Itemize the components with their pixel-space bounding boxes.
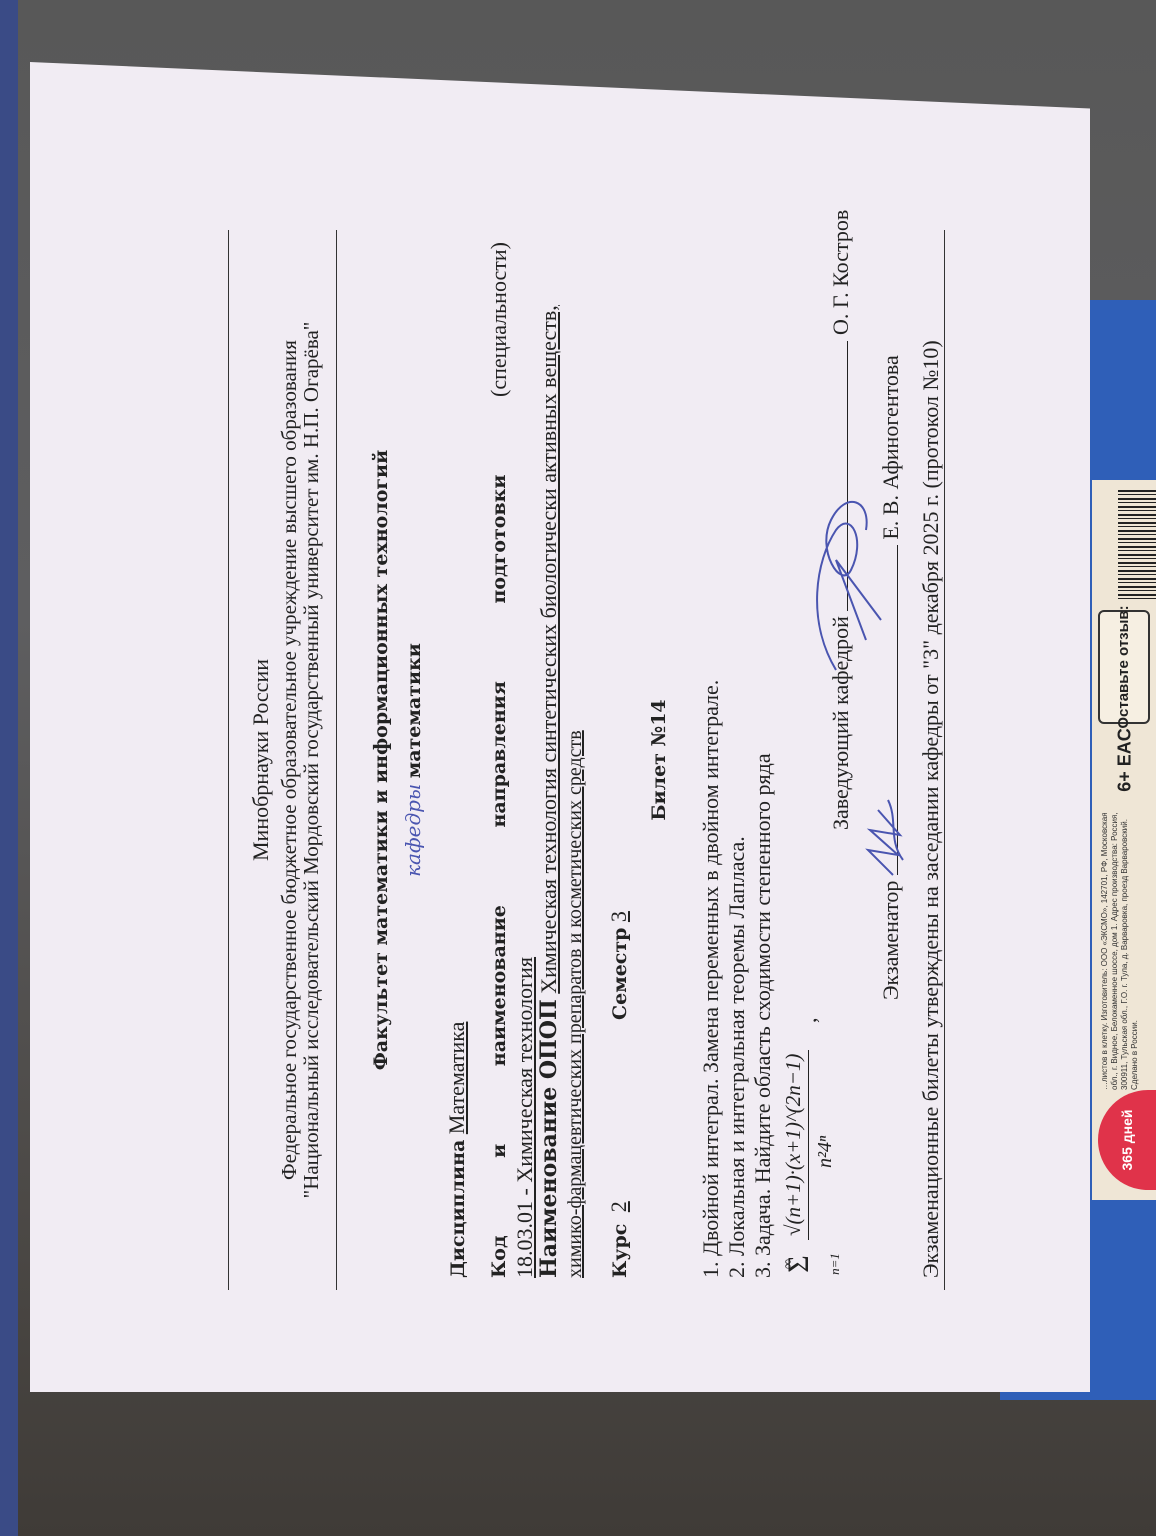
department-handwritten: кафедры <box>401 784 425 877</box>
opop-label: Наименование ОПОП <box>536 999 562 1278</box>
institution-line-2: "Национальный исследовательский Мордовск… <box>298 230 324 1290</box>
discipline-value: Математика <box>444 1022 469 1135</box>
course-row: Курс 2 <box>606 1195 633 1278</box>
examiner-signature-icon <box>858 790 908 880</box>
footer-approval: Экзаменационные билеты утверждены на зас… <box>918 340 944 1278</box>
department: кафедры математики <box>400 230 427 1290</box>
imprint-text: …листов в клетку. Изготовитель: ООО «ЭКС… <box>1100 800 1140 1090</box>
barcode-icon <box>1118 490 1156 600</box>
label-word: и <box>486 1144 512 1158</box>
series-trailing: , <box>796 1018 822 1024</box>
series-numerator: √(n+1)·(x+1)^(2n−1) <box>780 1050 809 1240</box>
label-word: наименование <box>486 905 512 1066</box>
badge-text: 365 дней <box>1119 1110 1135 1171</box>
ministry: Минобрнауки России <box>248 230 274 1290</box>
label-word: подготовки <box>486 475 512 604</box>
faculty: Факультет математики и информационных те… <box>368 230 394 1290</box>
question-2: 2. Локальная и интегральная теоремы Лапл… <box>724 836 750 1278</box>
sum-lower: n=1 <box>822 1250 848 1278</box>
question-3: 3. Задача. Найдите область сходимости ст… <box>750 753 776 1278</box>
examiner-label: Экзаменатор <box>878 881 903 1000</box>
course-value: 2 <box>606 1195 631 1218</box>
age-rating-text: 6+ EAC <box>1115 728 1136 792</box>
program-code-value: 18.03.01 - Химическая технология <box>512 957 538 1278</box>
header-divider <box>336 230 337 1290</box>
semester-row: Семестр 3 <box>606 911 633 1020</box>
label-word: Код <box>486 1235 512 1278</box>
review-text: Оставьте отзыв: <box>1116 605 1132 728</box>
question-1: 1. Двойной интеграл. Замена переменных в… <box>698 680 724 1278</box>
label-word: направления <box>486 681 512 827</box>
age-rating: 6+ EAC <box>1105 730 1145 790</box>
discipline-row: Дисциплина Математика <box>444 1022 471 1278</box>
left-edge-object <box>0 0 18 1536</box>
series-denominator: n²4ⁿ <box>812 1136 838 1168</box>
opop-row: Наименование ОПОП Химическая технология … <box>536 305 562 1278</box>
head-signature-icon <box>796 460 886 680</box>
program-code-label: Код и наименование направления подготовк… <box>486 242 512 1278</box>
semester-label: Семестр <box>609 928 631 1020</box>
opop-value-line-2: химико-фармацевтических препаратов и кос… <box>562 730 588 1278</box>
frame-top-border <box>228 230 229 1290</box>
footer-text: Экзаменационные билеты утверждены на зас… <box>918 340 943 1278</box>
discipline-label: Дисциплина <box>447 1140 469 1278</box>
sum-sign-icon: Σ <box>786 1250 812 1278</box>
opop-value-line-1: Химическая технология синтетических биол… <box>536 305 561 993</box>
exam-ticket: Минобрнауки России Федеральное государст… <box>228 200 948 1290</box>
department-printed: математики <box>403 643 425 778</box>
footer-underline <box>944 230 945 1290</box>
head-name: О. Г. Костров <box>828 210 853 335</box>
examiner-name: Е. В. Афиногентова <box>878 355 903 539</box>
imprint: …листов в клетку. Изготовитель: ООО «ЭКС… <box>1090 800 1150 1090</box>
course-label: Курс <box>609 1224 631 1278</box>
review-box: Оставьте отзыв: <box>1098 610 1150 724</box>
examiner-signature-row: Экзаменатор Е. В. Афиногентова <box>878 355 904 1000</box>
ticket-title: Билет №14 <box>646 230 672 1290</box>
semester-value: 3 <box>606 911 631 922</box>
label-word: (специальности) <box>486 242 512 397</box>
